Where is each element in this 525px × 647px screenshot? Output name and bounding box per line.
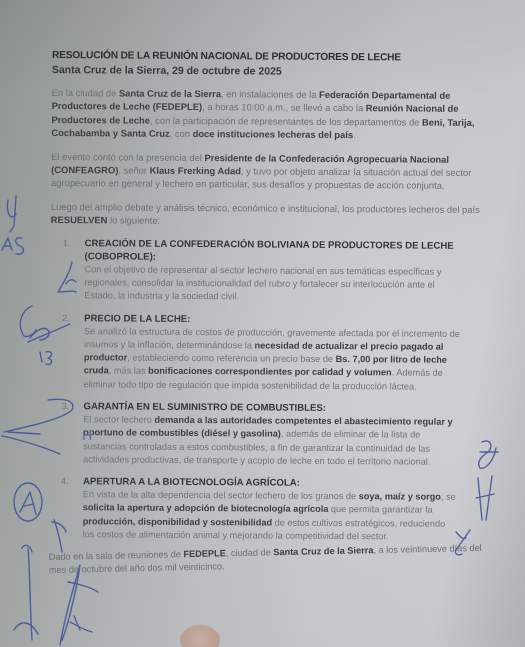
item-number: 4. [61, 475, 69, 488]
item-body: Con el objetivo de representar al sector… [84, 264, 441, 301]
item-body: El sector lechero demanda a las autorida… [83, 414, 453, 466]
resolutions-list: 1. CREACIÓN DE LA CONFEDERACIÓN BOLIVIAN… [49, 237, 491, 544]
resolve-paragraph: Luego del amplio debate y análisis técni… [51, 200, 491, 230]
item-body: Se analizó la estructura de costos de pr… [84, 326, 460, 391]
resolution-item-4: 4. APERTURA A LA BIOTECNOLOGÍA AGRÍCOLA:… [83, 475, 489, 544]
intro-paragraph: En la ciudad de Santa Cruz de la Sierra,… [51, 86, 491, 143]
item-heading: CREACIÓN DE LA CONFEDERACIÓN BOLIVIANA D… [85, 238, 454, 263]
initial-4-mark [7, 196, 16, 232]
item-body: En vista de la alta dependencia del sect… [83, 489, 456, 541]
item-heading: PRECIO DE LA LECHE: [84, 313, 190, 325]
resolution-item-3: 3. GARANTÍA EN EL SUMINISTRO DE COMBUSTI… [83, 400, 489, 469]
document-title: RESOLUCIÓN DE LA REUNIÓN NACIONAL DE PRO… [52, 50, 492, 64]
bottom-initial-mark [70, 616, 92, 632]
item-number: 3. [61, 400, 69, 413]
event-paragraph: El evento contó con la presencia del Pre… [51, 150, 491, 193]
item-number: 1. [63, 237, 71, 250]
finger-in-photo [180, 625, 220, 647]
place-date: Santa Cruz de la Sierra, 29 de octubre d… [52, 64, 492, 79]
item-number: 2. [62, 312, 70, 325]
initial-as-mark [2, 238, 23, 255]
circled-initial-mark [14, 483, 42, 521]
resolution-document: RESOLUCIÓN DE LA REUNIÓN NACIONAL DE PRO… [48, 50, 492, 580]
closing-paragraph: Dado en la sala de reuniones de FEDEPLE,… [49, 542, 489, 577]
resolution-item-2: 2. PRECIO DE LA LECHE: Se analizó la est… [84, 312, 491, 394]
item-heading: APERTURA A LA BIOTECNOLOGÍA AGRÍCOLA: [83, 476, 300, 489]
item-heading: GARANTÍA EN EL SUMINISTRO DE COMBUSTIBLE… [83, 401, 326, 414]
resolution-item-1: 1. CREACIÓN DE LA CONFEDERACIÓN BOLIVIAN… [84, 237, 490, 306]
